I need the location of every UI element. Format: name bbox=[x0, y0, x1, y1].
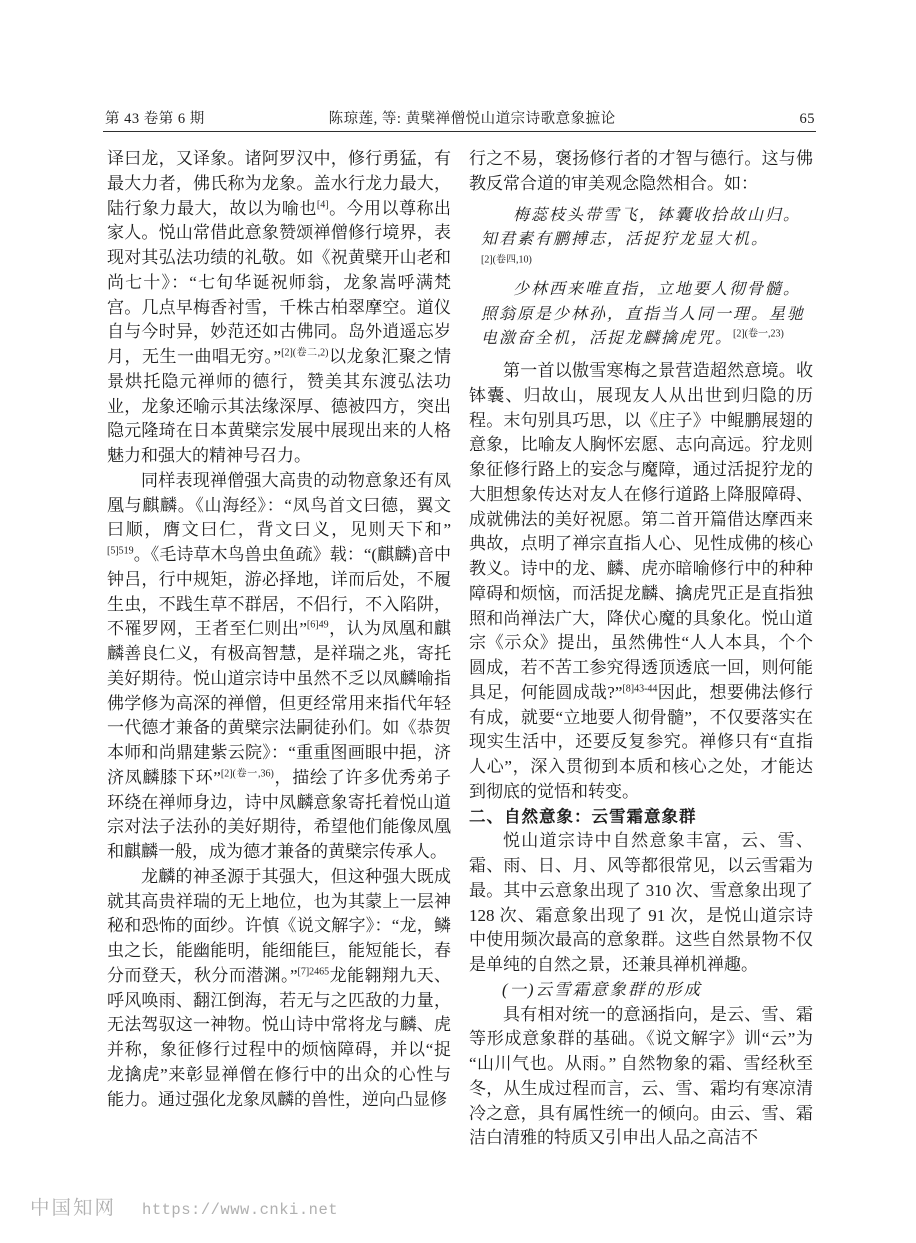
page-footer: 中国知网 https://www.cnki.net bbox=[30, 1192, 338, 1220]
article-body: 译曰龙，又译象。诸阿罗汉中，修行勇猛，有最大力者，佛氏称为龙象。盖水行龙力最大，… bbox=[107, 147, 814, 1151]
citation-superscript: [2](卷二,2) bbox=[281, 347, 328, 358]
citation-superscript: [2](卷四,10) bbox=[481, 255, 532, 266]
poem-quote: 梅蕊枝头带雪飞，钵囊收拾故山归。知君素有鹏搏志，活捉狞龙显大机。[2](卷四,1… bbox=[481, 204, 813, 353]
poem-stanza-1: 梅蕊枝头带雪飞，钵囊收拾故山归。知君素有鹏搏志，活捉狞龙显大机。[2](卷四,1… bbox=[481, 204, 813, 278]
paragraph-intro: 行之不易，褒扬修行者的才智与德行。这与佛教反常合道的审美观念隐然相合。如： bbox=[469, 147, 813, 197]
right-column: 行之不易，褒扬修行者的才智与德行。这与佛教反常合道的审美观念隐然相合。如： 梅蕊… bbox=[469, 147, 813, 1151]
paragraph-phoenix-qilin: 同样表现禅僧强大高贵的动物意象还有凤凰与麒麟。《山海经》：“凤鸟首文曰德，翼文曰… bbox=[107, 469, 451, 865]
cnki-watermark: 中国知网 bbox=[30, 1192, 116, 1220]
journal-issue: 第 43 卷第 6 期 bbox=[105, 107, 205, 128]
page-number: 65 bbox=[800, 111, 816, 128]
citation-superscript: [8]43-44 bbox=[622, 683, 657, 694]
page-header: 第 43 卷第 6 期 陈琼莲, 等: 黄檗禅僧悦山道宗诗歌意象摭论 65 bbox=[105, 107, 815, 128]
section-heading-nature-imagery: 二、自然意象：云雪霜意象群 bbox=[469, 805, 813, 830]
citation-superscript: [2](卷一,23) bbox=[733, 329, 784, 340]
citation-superscript: [2](卷一,36) bbox=[221, 768, 274, 779]
citation-superscript: [7]2465 bbox=[298, 966, 330, 977]
document-page: { "header": { "issue": "第 43 卷第 6 期", "r… bbox=[0, 0, 916, 1243]
left-column: 译曰龙，又译象。诸阿罗汉中，修行勇猛，有最大力者，佛氏称为龙象。盖水行龙力最大，… bbox=[107, 147, 451, 1151]
paragraph-formation: 具有相对统一的意涵指向，是云、雪、霜等形成意象群的基础。《说文解字》训“云”为“… bbox=[469, 1003, 813, 1152]
paragraph-nature-imagery: 悦山道宗诗中自然意象丰富，云、雪、霜、雨、日、月、风等都很常见，以云雪霜为最。其… bbox=[469, 829, 813, 978]
running-title: 陈琼莲, 等: 黄檗禅僧悦山道宗诗歌意象摭论 bbox=[205, 107, 800, 128]
paragraph-dragon-sacredness: 龙麟的神圣源于其强大，但这种强大既成就其高贵祥瑞的无上地位，也为其蒙上一层神秘和… bbox=[107, 865, 451, 1113]
paragraph-dragon-elephant: 译曰龙，又译象。诸阿罗汉中，修行勇猛，有最大力者，佛氏称为龙象。盖水行龙力最大，… bbox=[107, 147, 451, 469]
paragraph-poem-analysis: 第一首以傲雪寒梅之景营造超然意境。收钵囊、归故山，展现友人从出世到归隐的历程。末… bbox=[469, 359, 813, 805]
citation-superscript: [5]519 bbox=[107, 545, 134, 556]
header-rule bbox=[103, 131, 816, 132]
subsection-heading-formation: (一)云雪霜意象群的形成 bbox=[469, 978, 813, 1003]
cnki-url: https://www.cnki.net bbox=[142, 1201, 338, 1219]
citation-superscript: [6]49 bbox=[307, 620, 329, 631]
citation-superscript: [4] bbox=[317, 199, 329, 210]
poem-stanza-2: 少林西来唯直指，立地要人彻骨髓。照翁原是少林孙，直指当人同一理。星驰电激奋全机，… bbox=[481, 278, 813, 352]
